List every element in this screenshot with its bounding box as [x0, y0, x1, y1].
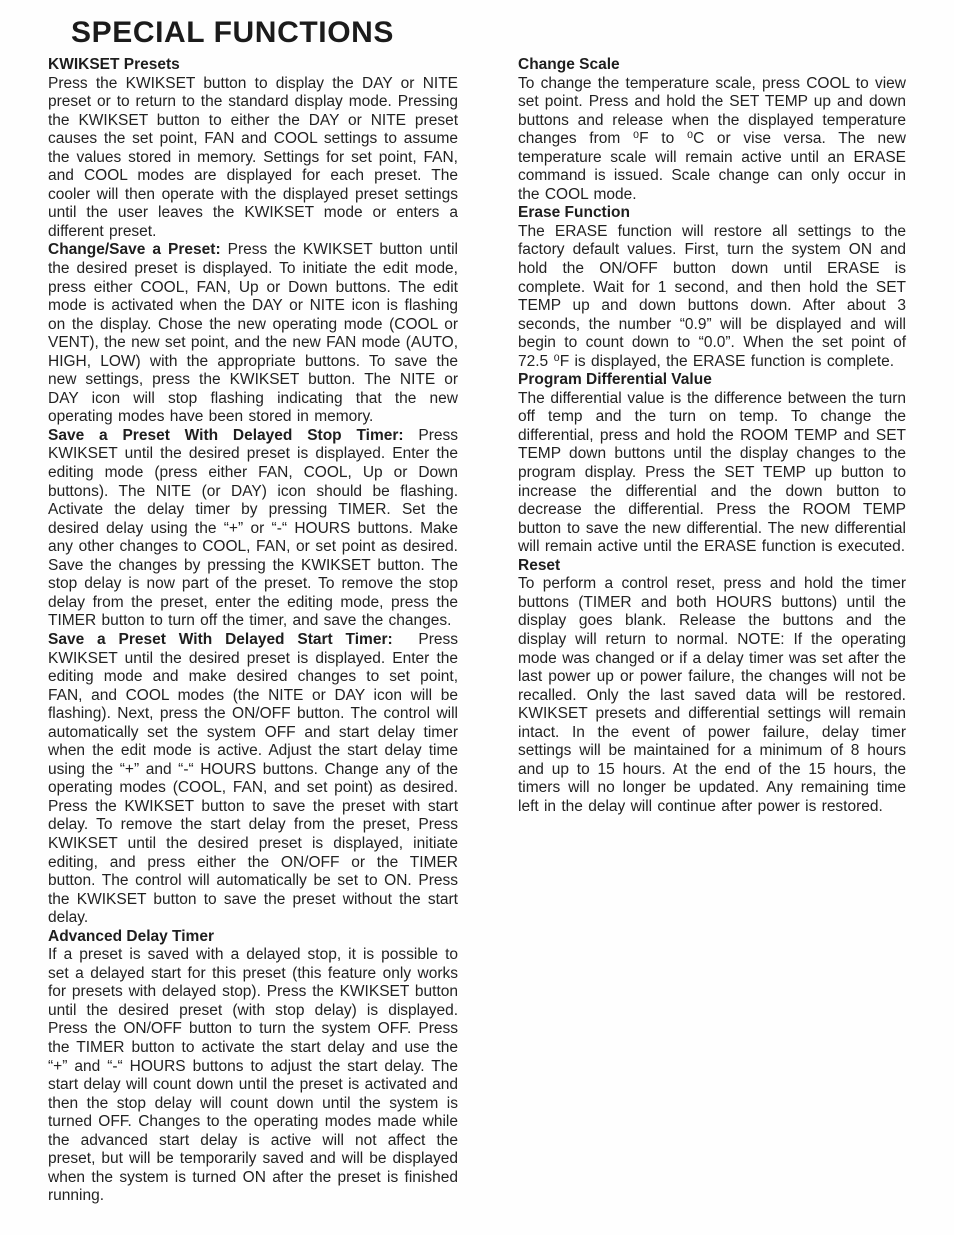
right-column: Change Scale To change the temperature s… [518, 56, 906, 1206]
section-heading-advanced-delay-timer: Advanced Delay Timer [48, 928, 458, 947]
paragraph-delayed-stop-timer: Save a Preset With Delayed Stop Timer: P… [48, 427, 458, 631]
paragraph-lead-delayed-start-timer: Save a Preset With Delayed Start Timer: [48, 631, 393, 648]
left-column: KWIKSET Presets Press the KWIKSET button… [48, 56, 458, 1206]
paragraph-reset: To perform a control reset, press and ho… [518, 575, 906, 816]
paragraph-text: To change the temperature scale, press C… [518, 75, 906, 203]
document-page: SPECIAL FUNCTIONS KWIKSET Presets Press … [0, 0, 954, 1235]
paragraph-kwikset-presets: Press the KWIKSET button to display the … [48, 75, 458, 242]
section-heading-kwikset-presets: KWIKSET Presets [48, 56, 458, 75]
two-column-layout: KWIKSET Presets Press the KWIKSET button… [48, 56, 906, 1206]
paragraph-text: To perform a control reset, press and ho… [518, 575, 906, 815]
section-heading-change-scale: Change Scale [518, 56, 906, 75]
section-heading-erase-function: Erase Function [518, 204, 906, 223]
paragraph-lead-delayed-stop-timer: Save a Preset With Delayed Stop Timer: [48, 427, 404, 444]
paragraph-text: If a preset is saved with a delayed stop… [48, 946, 458, 1204]
section-heading-reset: Reset [518, 557, 906, 576]
paragraph-text: Press the KWIKSET button until the desir… [48, 241, 458, 425]
paragraph-lead-change-save-preset: Change/Save a Preset: [48, 241, 221, 258]
paragraph-delayed-start-timer: Save a Preset With Delayed Start Timer: … [48, 631, 458, 928]
paragraph-text: The differential value is the difference… [518, 390, 906, 555]
paragraph-text: Press KWIKSET until the desired preset i… [48, 427, 458, 629]
paragraph-advanced-delay-timer: If a preset is saved with a delayed stop… [48, 946, 458, 1206]
paragraph-text: Press the KWIKSET button to display the … [48, 75, 458, 240]
paragraph-program-differential-value: The differential value is the difference… [518, 390, 906, 557]
page-title: SPECIAL FUNCTIONS [71, 16, 394, 50]
section-heading-program-differential-value: Program Differential Value [518, 371, 906, 390]
paragraph-change-save-preset: Change/Save a Preset: Press the KWIKSET … [48, 241, 458, 426]
paragraph-text: The ERASE function will restore all sett… [518, 223, 906, 370]
paragraph-text: Press KWIKSET until the desired preset i… [48, 631, 458, 926]
paragraph-change-scale: To change the temperature scale, press C… [518, 75, 906, 205]
paragraph-erase-function: The ERASE function will restore all sett… [518, 223, 906, 371]
